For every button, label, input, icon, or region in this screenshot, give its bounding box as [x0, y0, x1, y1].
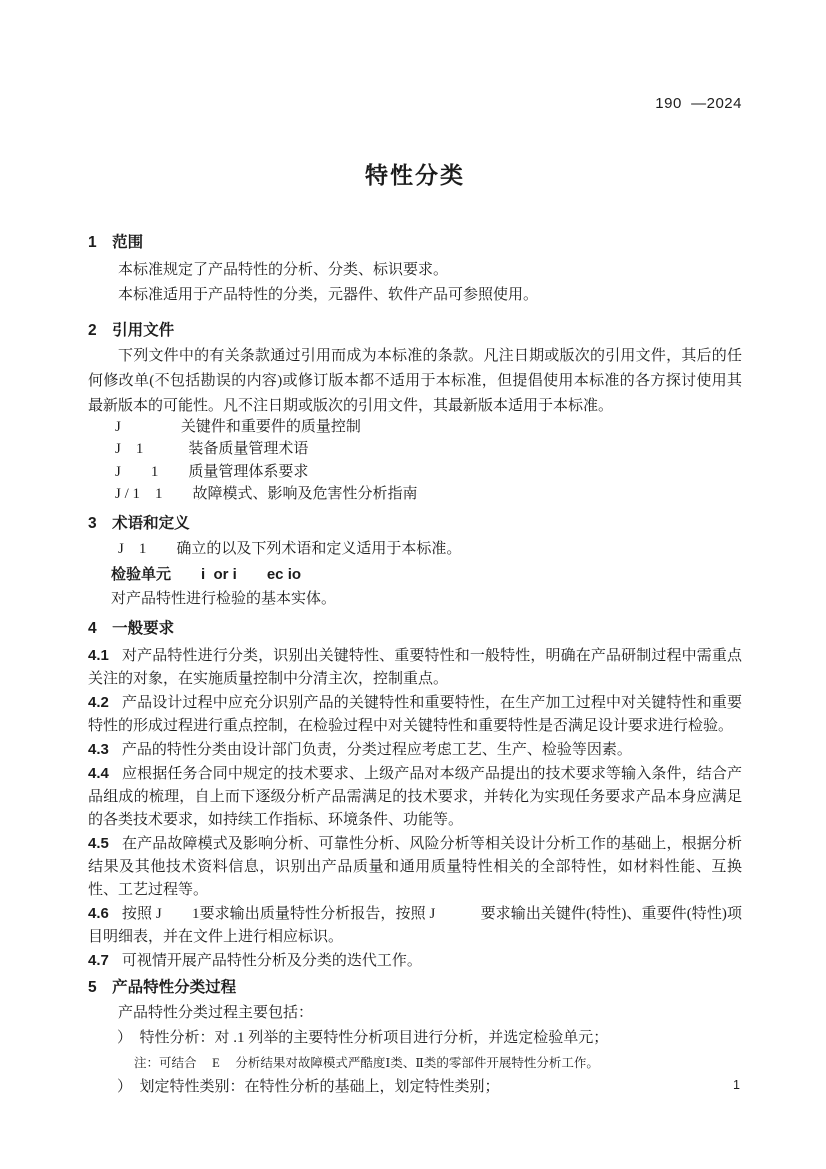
term-definition: 对产品特性进行检验的基本实体。: [88, 587, 742, 612]
process-list-item: ） 特性分析：对 .1 列举的主要特性分析项目进行分析，并选定检验单元；: [88, 1026, 742, 1051]
standard-number: 190 —2024: [88, 0, 742, 114]
page-number: 1: [733, 1078, 740, 1092]
clause-4-3: 4.3产品的特性分类由设计部门负责，分类过程应考虑工艺、生产、检验等因素。: [88, 738, 742, 762]
clause-text: 在产品故障模式及影响分析、可靠性分析、风险分析等相关设计分析工作的基础上，根据分…: [88, 836, 742, 898]
document-title: 特性分类: [88, 160, 742, 190]
section-2-heading: 2 引用文件: [88, 320, 742, 342]
clause-4-7: 4.7可视情开展产品特性分析及分类的迭代工作。: [88, 949, 742, 973]
clause-4-6: 4.6按照 J 1要求输出质量特性分析报告，按照 J 要求输出关键件(特性)、重…: [88, 902, 742, 949]
document-content: 190 —2024 特性分类 1 范围 本标准规定了产品特性的分析、分类、标识要…: [88, 0, 742, 1100]
clause-text: 对产品特性进行分类，识别出关键特性、重要特性和一般特性，明确在产品研制过程中需重…: [88, 648, 742, 687]
process-list-item: ） 划定特性类别：在特性分析的基础上，划定特性类别；: [88, 1075, 742, 1100]
reference-item: J 关键件和重要件的质量控制: [115, 416, 742, 438]
reference-item: J / 1 1 故障模式、影响及危害性分析指南: [115, 483, 742, 505]
section-3-paragraph: J 1 确立的以及下列术语和定义适用于本标准。: [88, 537, 742, 562]
section-5-intro: 产品特性分类过程主要包括：: [88, 1001, 742, 1026]
clause-4-1: 4.1对产品特性进行分类，识别出关键特性、重要特性和一般特性，明确在产品研制过程…: [88, 644, 742, 691]
document-page: 190 —2024 特性分类 1 范围 本标准规定了产品特性的分析、分类、标识要…: [0, 0, 826, 1169]
reference-list: J 关键件和重要件的质量控制 J 1 装备质量管理术语 J 1 质量管理体系要求…: [88, 416, 742, 505]
clause-number: 4.1: [88, 647, 109, 664]
section-1-paragraph: 本标准规定了产品特性的分析、分类、标识要求。: [88, 258, 742, 283]
section-2-paragraph: 下列文件中的有关条款通过引用而成为本标准的条款。凡注日期或版次的引用文件，其后的…: [88, 344, 742, 419]
reference-item: J 1 装备质量管理术语: [115, 438, 742, 460]
clause-text: 按照 J 1要求输出质量特性分析报告，按照 J 要求输出关键件(特性)、重要件(…: [88, 906, 742, 945]
clause-text: 产品的特性分类由设计部门负责，分类过程应考虑工艺、生产、检验等因素。: [122, 742, 632, 758]
clause-number: 4.7: [88, 952, 109, 969]
clause-text: 可视情开展产品特性分析及分类的迭代工作。: [122, 953, 422, 969]
term-entry: 检验单元 i or i ec io: [88, 562, 742, 587]
clause-text: 产品设计过程中应充分识别产品的关键特性和重要特性，在生产加工过程中对关键特性和重…: [88, 695, 742, 734]
clause-4-4: 4.4应根据任务合同中规定的技术要求、上级产品对本级产品提出的技术要求等输入条件…: [88, 762, 742, 832]
clause-text: 应根据任务合同中规定的技术要求、上级产品对本级产品提出的技术要求等输入条件，结合…: [88, 766, 742, 828]
section-5-heading: 5 产品特性分类过程: [88, 977, 742, 999]
clause-4-5: 4.5在产品故障模式及影响分析、可靠性分析、风险分析等相关设计分析工作的基础上，…: [88, 832, 742, 902]
section-3-heading: 3 术语和定义: [88, 513, 742, 535]
section-1-heading: 1 范围: [88, 232, 742, 254]
clause-number: 4.5: [88, 835, 109, 852]
clause-4-2: 4.2产品设计过程中应充分识别产品的关键特性和重要特性，在生产加工过程中对关键特…: [88, 691, 742, 738]
clause-number: 4.2: [88, 694, 109, 711]
section-4-heading: 4 一般要求: [88, 618, 742, 640]
clause-number: 4.4: [88, 765, 109, 782]
section-1-paragraph: 本标准适用于产品特性的分类，元器件、软件产品可参照使用。: [88, 283, 742, 308]
clause-number: 4.3: [88, 741, 109, 758]
note-text: 注：可结合 E 分析结果对故障模式严酷度Ⅰ类、Ⅱ类的零部件开展特性分析工作。: [88, 1051, 742, 1075]
reference-item: J 1 质量管理体系要求: [115, 461, 742, 483]
clause-number: 4.6: [88, 905, 109, 922]
